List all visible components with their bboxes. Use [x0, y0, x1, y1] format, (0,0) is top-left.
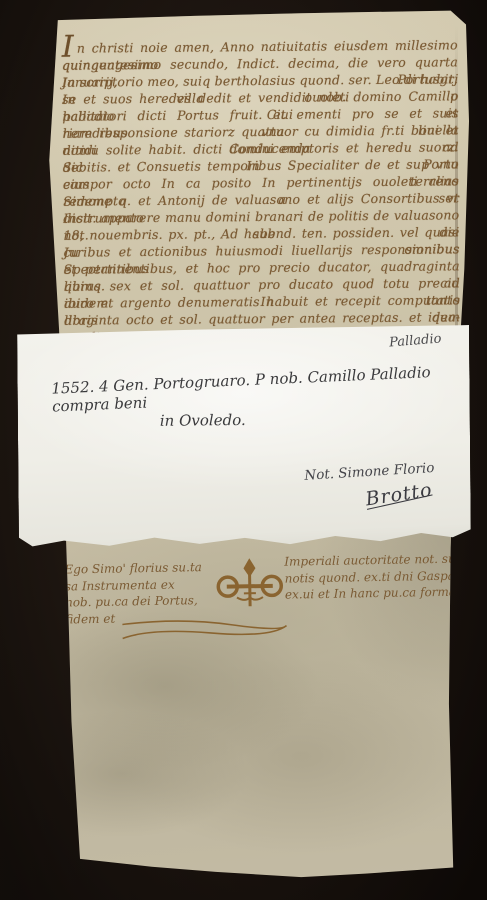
archivist-slip: Palladio 1552. 4 Gen. Portogruaro. P nob…: [17, 325, 471, 551]
closing-line: Ego Simo' florius su.ta: [64, 559, 216, 578]
deed-main-text: In christi noie amen, Anno natiuitatis e…: [62, 36, 461, 328]
notary-closing-clause: Ego Simo' florius su.ta sa Instrumenta e…: [64, 551, 466, 648]
closing-line: nob. pu.ca dei Portus,: [65, 592, 217, 611]
slip-signature-flourish: Brotto: [364, 479, 434, 512]
slip-summary-line-1: 1552. 4 Gen. Portogruaro. P nob. Camillo…: [51, 362, 452, 415]
notarial-sign-icon: [214, 556, 285, 611]
slip-corner-label: Palladio: [388, 331, 441, 350]
deed-line: draginta octo et sol. quattuor per antea…: [64, 308, 460, 328]
slip-summary-line-2: in Ovoledo.: [160, 411, 246, 430]
pen-flourish-icon: [120, 616, 290, 643]
